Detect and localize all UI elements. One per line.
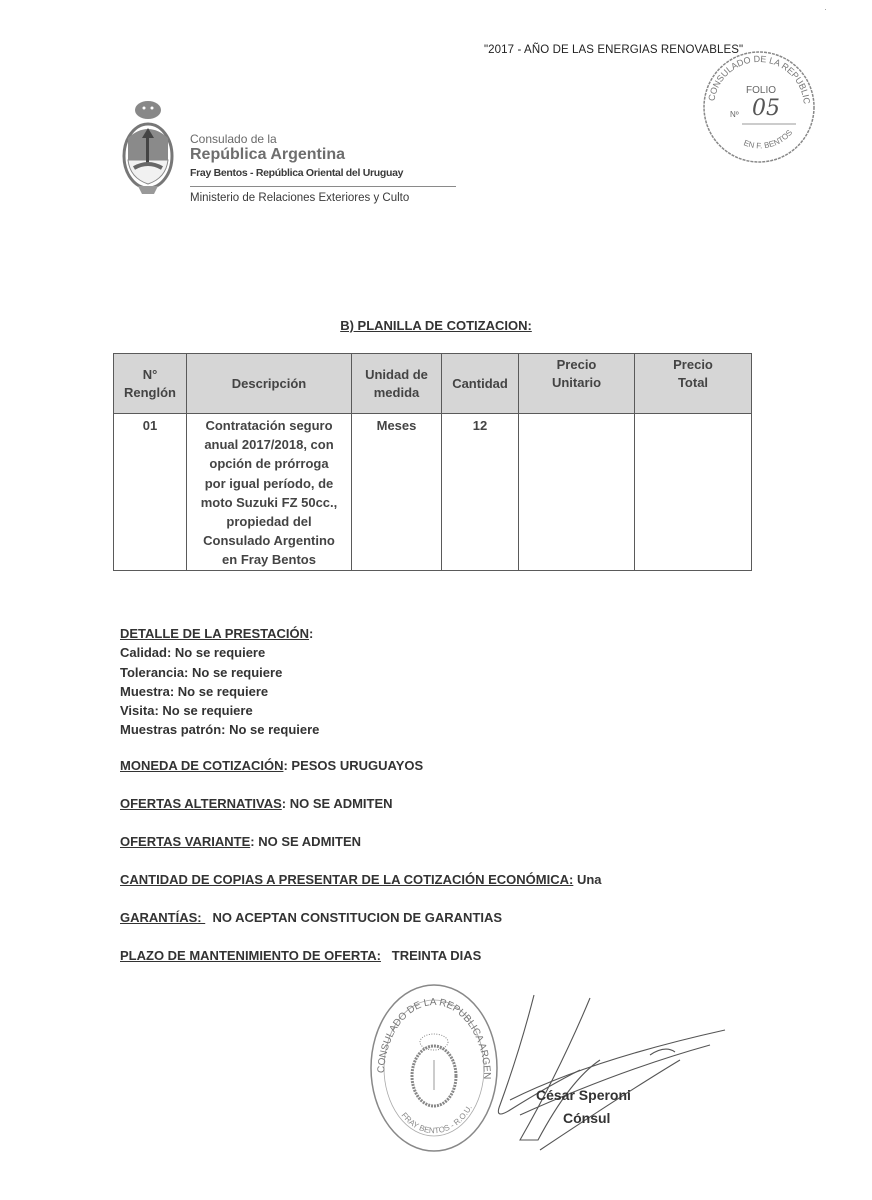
detalle-item: Tolerancia: No se requiere — [120, 663, 319, 682]
col-header-precio-unitario: PrecioUnitario — [519, 354, 635, 414]
folio-number-prefix: Nº — [730, 110, 739, 119]
col-header-descripcion: Descripción — [187, 354, 352, 414]
scan-speck: · — [824, 4, 827, 14]
argentina-coat-of-arms-icon — [118, 98, 178, 200]
handwritten-signature — [480, 990, 740, 1170]
col-header-renglon: N°Renglón — [114, 354, 187, 414]
detalle-section: DETALLE DE LA PRESTACIÓN: Calidad: No se… — [120, 624, 319, 740]
field-plazo-oferta: PLAZO DE MANTENIMIENTO DE OFERTA: TREINT… — [120, 948, 481, 963]
cell-unidad: Meses — [352, 414, 442, 571]
field-cantidad-copias: CANTIDAD DE COPIAS A PRESENTAR DE LA COT… — [120, 872, 602, 887]
org-line-location: Fray Bentos - República Oriental del Uru… — [190, 167, 403, 179]
table-header-row: N°Renglón Descripción Unidad demedida Ca… — [114, 354, 752, 414]
cell-precio-unitario — [519, 414, 635, 571]
detalle-item: Visita: No se requiere — [120, 701, 319, 720]
org-line-ministerio: Ministerio de Relaciones Exteriores y Cu… — [190, 192, 409, 204]
document-title: B) PLANILLA DE COTIZACION: — [0, 318, 872, 333]
col-header-unidad: Unidad demedida — [352, 354, 442, 414]
detalle-item: Calidad: No se requiere — [120, 643, 319, 662]
svg-text:EN F. BENTOS: EN F. BENTOS — [742, 128, 794, 150]
cell-cantidad: 12 — [442, 414, 519, 571]
folio-number: 05 — [752, 96, 780, 121]
folio-label: FOLIO — [746, 85, 776, 96]
field-ofertas-variante: OFERTAS VARIANTE: NO SE ADMITEN — [120, 834, 361, 849]
header-divider — [190, 186, 456, 187]
col-header-cantidad: Cantidad — [442, 354, 519, 414]
quotation-table: N°Renglón Descripción Unidad demedida Ca… — [113, 353, 752, 571]
field-garantias: GARANTÍAS: NO ACEPTAN CONSTITUCION DE GA… — [120, 910, 502, 925]
signer-name: César Speroni — [536, 1087, 631, 1103]
org-line-republica: República Argentina — [190, 146, 345, 164]
svg-text:CONSULADO DE LA REPUBLICA ARGE: CONSULADO DE LA REPUBLICA ARGENTINA — [368, 982, 492, 1079]
col-header-precio-total: PrecioTotal — [635, 354, 752, 414]
svg-text:FRAY BENTOS - R.O.U.: FRAY BENTOS - R.O.U. — [400, 1104, 474, 1136]
detalle-item: Muestra: No se requiere — [120, 682, 319, 701]
cell-precio-total — [635, 414, 752, 571]
field-moneda: MONEDA DE COTIZACIÓN: PESOS URUGUAYOS — [120, 758, 423, 773]
cell-descripcion: Contratación seguro anual 2017/2018, con… — [187, 414, 352, 571]
detalle-item: Muestras patrón: No se requiere — [120, 720, 319, 739]
cell-renglon: 01 — [114, 414, 187, 571]
table-row: 01 Contratación seguro anual 2017/2018, … — [114, 414, 752, 571]
signer-role: Cónsul — [563, 1110, 610, 1126]
detalle-heading: DETALLE DE LA PRESTACIÓN — [120, 626, 309, 641]
field-ofertas-alternativas: OFERTAS ALTERNATIVAS: NO SE ADMITEN — [120, 796, 393, 811]
org-line-consulado: Consulado de la — [190, 132, 277, 146]
